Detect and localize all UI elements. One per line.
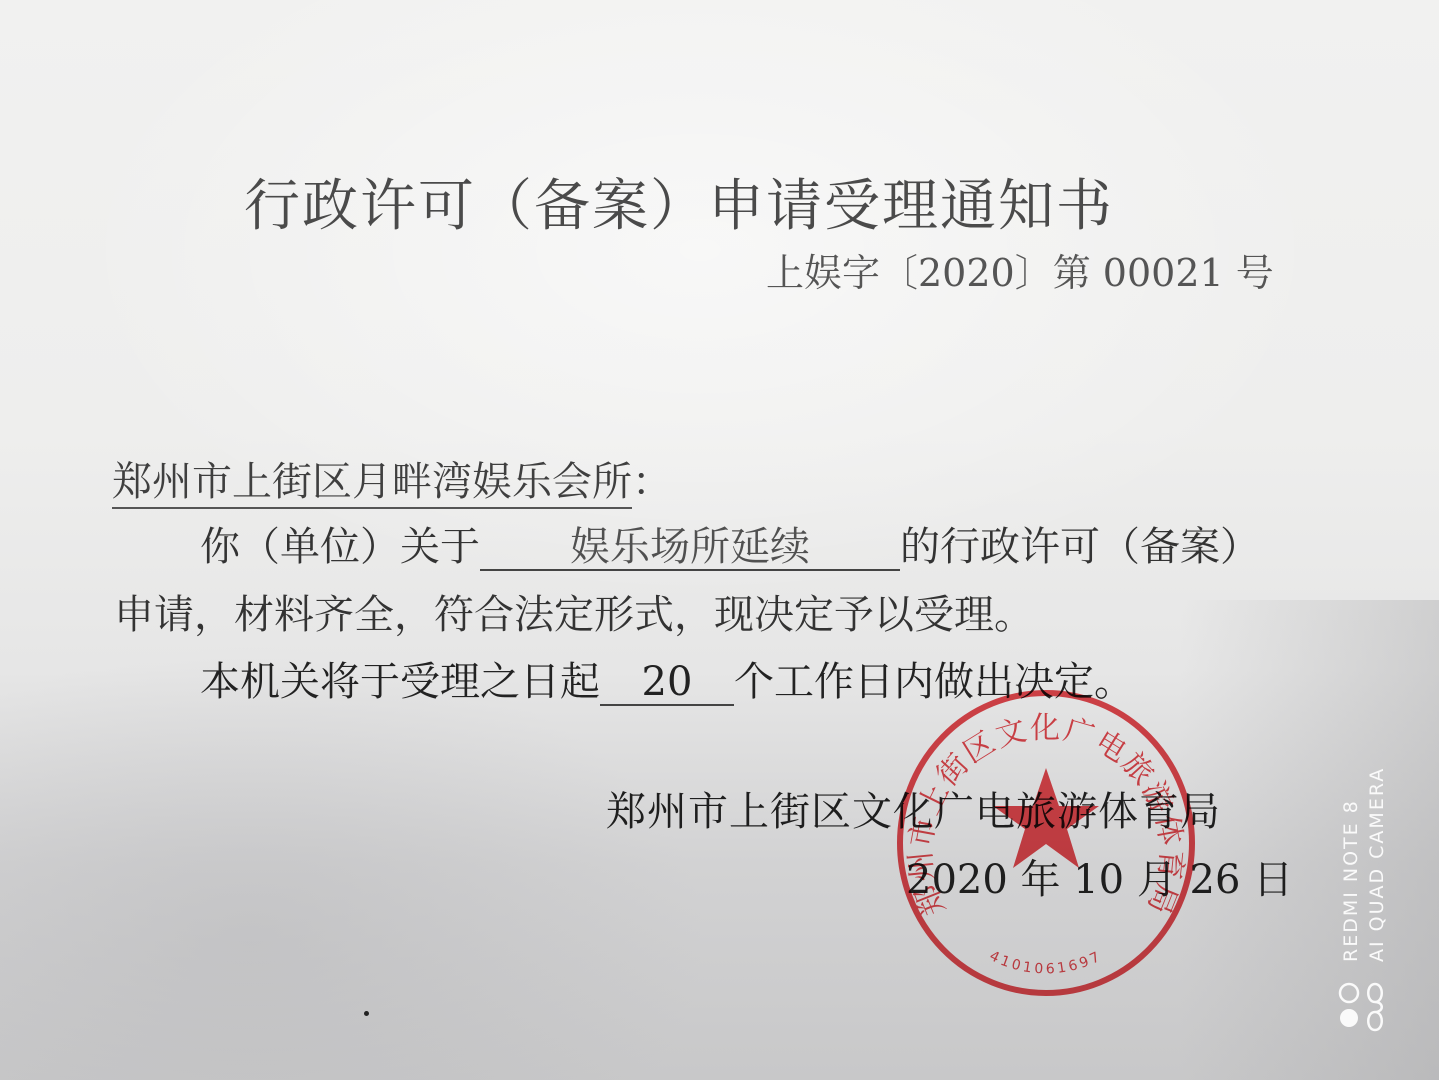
paragraph-acceptance: 申请，材料齐全，符合法定形式，现决定予以受理。 bbox=[114, 583, 1034, 640]
seal-code: 4101061697 bbox=[987, 948, 1105, 977]
official-seal-stamp: 郑州市上街区文化广电旅游体育局 4101061697 bbox=[893, 690, 1199, 996]
watermark-camera: AI QUAD CAMERA bbox=[1366, 767, 1388, 962]
recipient-line: 郑州市上街区月畔湾娱乐会所： bbox=[112, 450, 672, 507]
seal-star-icon bbox=[993, 768, 1099, 868]
paragraph-1-prefix: 你（单位）关于 bbox=[200, 524, 480, 570]
recipient-colon: ： bbox=[632, 459, 672, 505]
recipient-name: 郑州市上街区月畔湾娱乐会所 bbox=[112, 459, 632, 509]
svg-text:4101061697: 4101061697 bbox=[987, 948, 1105, 977]
watermark-model: REDMI NOTE 8 bbox=[1340, 799, 1362, 962]
document-number: 上娱字〔2020〕第 00021 号 bbox=[766, 242, 1274, 297]
paragraph-application: 你（单位）关于娱乐场所延续的行政许可（备案） bbox=[200, 515, 1260, 572]
document-title: 行政许可（备案）申请受理通知书 bbox=[244, 162, 1114, 242]
acceptance-notice-document: 行政许可（备案）申请受理通知书 上娱字〔2020〕第 00021 号 郑州市上街… bbox=[0, 0, 1439, 1080]
quad-camera-logo-icon bbox=[1336, 978, 1388, 1034]
paragraph-1-suffix: 的行政许可（备案） bbox=[900, 524, 1260, 570]
application-item-field: 娱乐场所延续 bbox=[480, 525, 900, 571]
paragraph-3-prefix: 本机关将于受理之日起 bbox=[200, 659, 600, 705]
camera-watermark: REDMI NOTE 8 AI QUAD CAMERA bbox=[1322, 750, 1402, 1040]
working-days-field: 20 bbox=[600, 660, 734, 706]
paper-speck bbox=[364, 1011, 369, 1016]
